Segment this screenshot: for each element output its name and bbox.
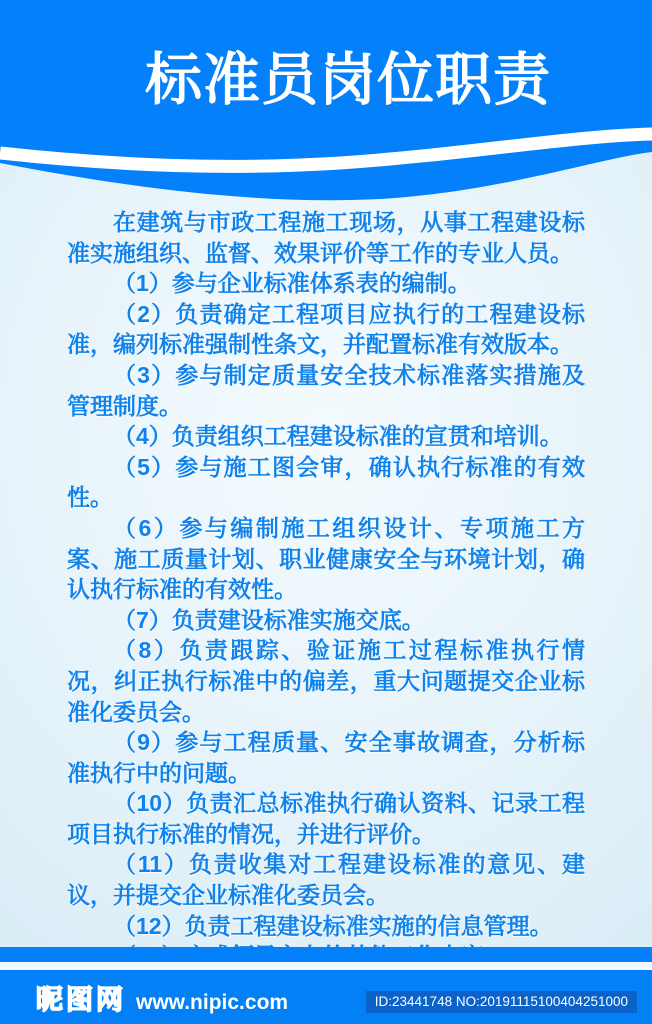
duty-item-1: （1）参与企业标准体系表的编制。 <box>67 268 585 299</box>
image-id-badge: ID:23441748 NO:20191115100404251000 <box>366 991 637 1013</box>
duty-item-6: （6）参与编制施工组织设计、专项施工方案、施工质量计划、职业健康安全与环境计划，… <box>67 513 585 605</box>
duty-item-2: （2）负责确定工程项目应执行的工程建设标准，编列标准强制性条文，并配置标准有效版… <box>67 299 585 360</box>
duty-item-5: （5）参与施工图会审，确认执行标准的有效性。 <box>67 452 585 513</box>
duty-item-12: （12）负责工程建设标准实施的信息管理。 <box>67 911 585 942</box>
duty-item-9: （9）参与工程质量、安全事故调查，分析标准执行中的问题。 <box>67 727 585 788</box>
footer-gap-strip <box>0 962 652 970</box>
site-logo: 昵图网 www.nipic.com <box>36 978 288 1017</box>
poster-root: 标准员岗位职责 在建筑与市政工程施工现场，从事工程建设标准实施组织、监督、效果评… <box>0 0 652 1024</box>
page-title: 标准员岗位职责 <box>22 48 652 112</box>
duty-item-7: （7）负责建设标准实施交底。 <box>67 605 585 636</box>
duty-item-11: （11）负责收集对工程建设标准的意见、建议，并提交企业标准化委员会。 <box>67 849 585 910</box>
site-logo-text: 昵图网 <box>36 978 126 1017</box>
duty-item-10: （10）负责汇总标准执行确认资料、记录工程项目执行标准的情况，并进行评价。 <box>67 788 585 849</box>
duty-item-4: （4）负责组织工程建设标准的宣贯和培训。 <box>67 421 585 452</box>
duty-item-8: （8）负责跟踪、验证施工过程标准执行情况，纠正执行标准中的偏差，重大问题提交企业… <box>67 635 585 727</box>
poster-header: 标准员岗位职责 <box>0 0 652 119</box>
site-url-text: www.nipic.com <box>136 991 288 1015</box>
watermark-footer: 昵图网 www.nipic.com ID:23441748 NO:2019111… <box>0 970 652 1024</box>
duty-item-3: （3）参与制定质量安全技术标准落实措施及管理制度。 <box>67 360 585 421</box>
footer-accent-strip <box>0 947 652 962</box>
intro-paragraph: 在建筑与市政工程施工现场，从事工程建设标准实施组织、监督、效果评价等工作的专业人… <box>67 207 585 268</box>
responsibilities-text: 在建筑与市政工程施工现场，从事工程建设标准实施组织、监督、效果评价等工作的专业人… <box>67 207 585 972</box>
